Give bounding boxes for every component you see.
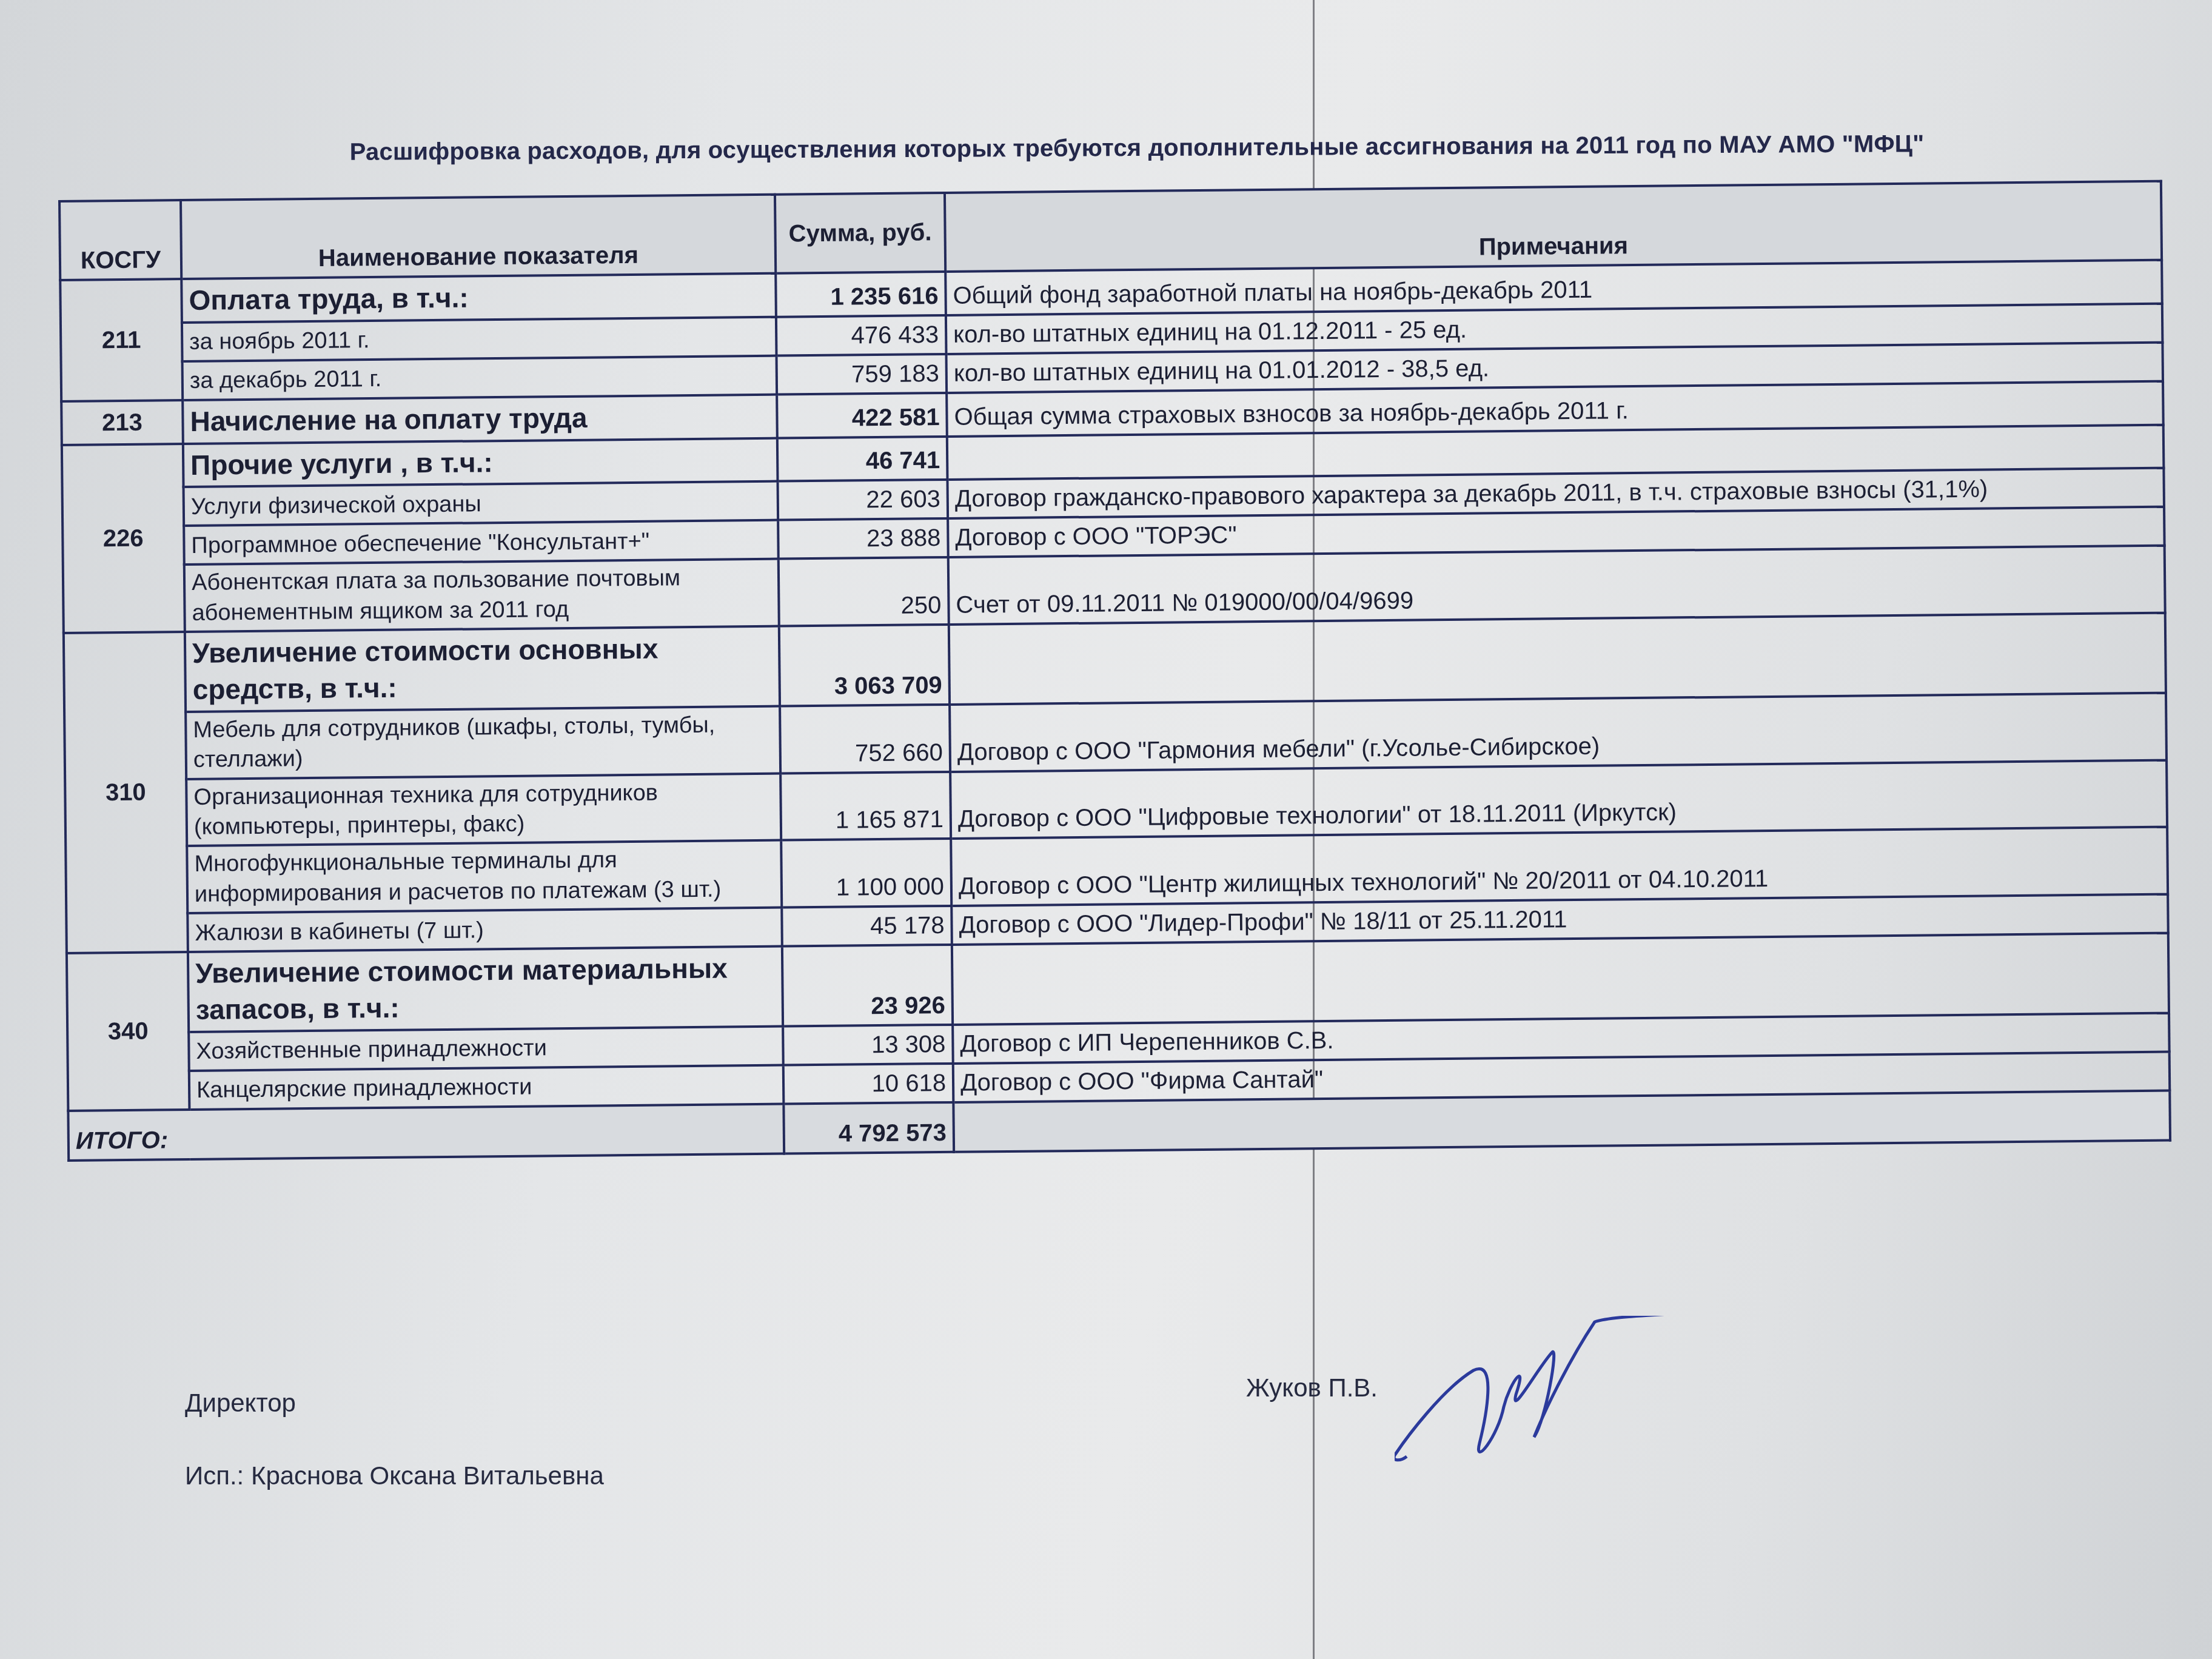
document-title: Расшифровка расходов, для осуществления … xyxy=(243,130,2031,166)
item-name: Услуги физической охраны xyxy=(184,481,779,526)
group-sum: 23 926 xyxy=(782,945,953,1026)
table-body: 211Оплата труда, в т.ч.:1 235 616Общий ф… xyxy=(60,260,2170,1111)
item-sum: 250 xyxy=(779,557,949,626)
item-name: Организационная техника для сотрудников … xyxy=(186,773,781,846)
kosgu-code: 310 xyxy=(64,632,188,953)
footer-position: Директор xyxy=(185,1389,296,1418)
group-name: Начисление на оплату труда xyxy=(183,394,777,443)
column-header-name: Наименование показателя xyxy=(181,195,776,279)
item-name: за ноябрь 2011 г. xyxy=(182,317,777,361)
item-name: Канцелярские принадлежности xyxy=(189,1065,784,1109)
item-sum: 45 178 xyxy=(782,906,952,947)
kosgu-code: 211 xyxy=(60,279,183,401)
item-name: Хозяйственные принадлежности xyxy=(189,1026,783,1070)
item-sum: 476 433 xyxy=(776,315,947,356)
column-header-note: Примечания xyxy=(945,181,2162,272)
kosgu-code: 213 xyxy=(61,400,183,445)
item-note: Договор с ООО "Гармония мебели" (г.Усоль… xyxy=(950,692,2167,771)
group-note xyxy=(952,933,2169,1025)
budget-table-container: КОСГУ Наименование показателя Сумма, руб… xyxy=(58,180,2171,1162)
group-note xyxy=(949,613,2166,705)
footer-director-name: Жуков П.В. xyxy=(1246,1373,1378,1403)
item-sum: 10 618 xyxy=(783,1064,954,1104)
group-sum: 3 063 709 xyxy=(779,625,950,706)
group-name: Увеличение стоимости основных средств, в… xyxy=(185,626,780,712)
item-name: Программное обеспечение "Консультант+" xyxy=(184,520,779,565)
group-sum: 422 581 xyxy=(777,393,947,438)
footer-executor: Исп.: Краснова Оксана Витальевна xyxy=(185,1461,604,1490)
item-note: Счет от 09.11.2011 № 019000/00/04/9699 xyxy=(948,546,2165,625)
kosgu-code: 226 xyxy=(62,444,185,633)
total-sum: 4 792 573 xyxy=(783,1102,954,1154)
column-header-sum: Сумма, руб. xyxy=(775,193,945,273)
item-sum: 1 100 000 xyxy=(781,839,951,907)
item-sum: 1 165 871 xyxy=(780,771,951,840)
item-name: за декабрь 2011 г. xyxy=(183,355,777,400)
item-name: Жалюзи в кабинеты (7 шт.) xyxy=(187,908,782,952)
kosgu-code: 340 xyxy=(67,952,189,1111)
item-name: Многофункциональные терминалы для информ… xyxy=(187,840,782,913)
group-name: Прочие услуги , в т.ч.: xyxy=(183,438,778,487)
column-header-kosgu: КОСГУ xyxy=(59,200,181,280)
item-sum: 22 603 xyxy=(778,480,948,520)
item-sum: 13 308 xyxy=(783,1025,953,1065)
item-sum: 759 183 xyxy=(777,354,947,395)
item-name: Абонентская плата за пользование почтовы… xyxy=(184,559,779,632)
director-signature xyxy=(1395,1316,1734,1473)
item-note: Договор с ООО "Цифровые технологии" от 1… xyxy=(950,760,2167,839)
group-sum: 46 741 xyxy=(777,437,948,481)
item-sum: 752 660 xyxy=(780,705,950,773)
group-sum: 1 235 616 xyxy=(776,272,946,317)
item-note: Договор с ООО "Центр жилищных технологий… xyxy=(951,827,2168,906)
total-label: ИТОГО: xyxy=(68,1104,784,1160)
group-name: Оплата труда, в т.ч.: xyxy=(181,273,776,323)
item-sum: 23 888 xyxy=(778,518,948,559)
group-name: Увеличение стоимости материальных запасо… xyxy=(188,947,783,1032)
item-name: Мебель для сотрудников (шкафы, столы, ту… xyxy=(186,706,780,779)
budget-table: КОСГУ Наименование показателя Сумма, руб… xyxy=(58,180,2171,1162)
